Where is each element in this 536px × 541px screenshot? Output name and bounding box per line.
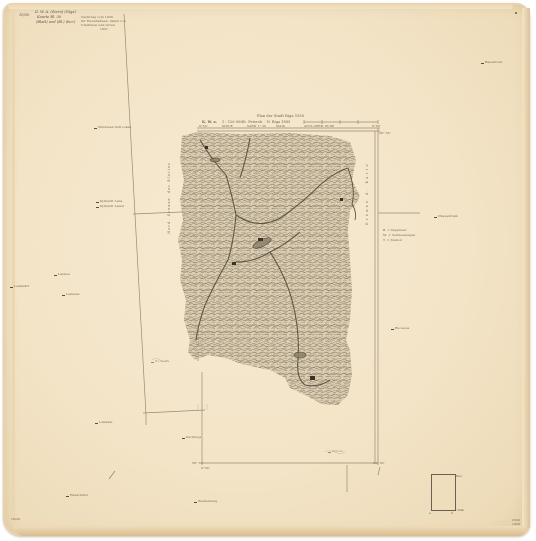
inset-label-bottom-mid: b: [451, 511, 453, 515]
place-label-rucewes: Rucewes: [391, 326, 409, 330]
coord-right-top: 56° 50': [379, 131, 391, 135]
frame-text-5: ANTI-GEBB. PUSE: [304, 124, 334, 128]
place-label-westl-ober: Windsnen Ostrocken: [94, 125, 131, 129]
inset-label-bottom-left: a: [429, 511, 431, 515]
legend-text: = Ingenieur: [387, 228, 406, 232]
left-vertical-text: Nord. Grenze. der Blattes: [167, 162, 171, 234]
place-label-rocksma: Rocksma: [151, 359, 169, 363]
place-marker-icon: [95, 421, 98, 424]
legend-text: = Station: [387, 238, 402, 242]
topographic-map-area: [0, 0, 536, 541]
pencil-mark: [108, 470, 116, 480]
place-label-lainesel: Lainesel: [62, 292, 80, 296]
place-label-weidenberg: Weidenberg: [194, 499, 217, 503]
bottom-right-mark-2: 1920: [512, 522, 520, 526]
place-label-dobeln: Döbeln: [328, 449, 343, 453]
legend-text: = Vermessungen: [388, 233, 415, 237]
place-label-kyllundt-laisel: Kyllundt Laisel: [96, 204, 124, 208]
place-marker-icon: [391, 327, 394, 330]
legend-key: T.: [383, 238, 386, 242]
place-marker-icon: [94, 126, 97, 129]
legend-key: B.: [383, 228, 386, 232]
inset-rectangle: [431, 474, 456, 511]
place-marker-icon: [328, 450, 331, 453]
coord-bottom-right: 56° 30': [373, 461, 385, 465]
corner-dot: [515, 12, 517, 14]
place-label-laidsel: Laidsel: [54, 272, 70, 276]
place-label-chauentrain: Chauentrain: [434, 214, 458, 218]
coord-bottom-left-inner: S°30': [201, 466, 210, 470]
frame-text-2: SINCE: [222, 124, 233, 128]
place-marker-icon: [434, 215, 437, 218]
legend-item: M. = Vermessungen: [383, 233, 415, 237]
inset-label-top-right: Rev.: [456, 474, 463, 478]
frame-text-6: S°50': [372, 124, 381, 128]
right-vertical-text: Grenze d. Karte: [365, 162, 369, 225]
place-marker-icon: [10, 285, 13, 288]
frame-text-1: S°50': [199, 124, 208, 128]
place-marker-icon: [96, 205, 99, 208]
frame-text-3: SARD 1° 30: [247, 124, 266, 128]
legend-item: T. = Station: [383, 238, 415, 242]
place-marker-icon: [151, 360, 154, 363]
place-label-hauschnitz: Hauschnitz: [66, 493, 88, 497]
bottom-left-vertical-text: Ostl. Meridian: [196, 325, 200, 361]
coord-bottom-left-outer: 56° 30': [192, 461, 204, 465]
place-marker-icon: [62, 293, 65, 296]
place-marker-icon: [66, 494, 69, 497]
place-label-lemsalu: Lemsalu: [95, 420, 113, 424]
place-label-kyllundt-leba: Kyllundt Leba: [96, 199, 122, 203]
legend: B. = Ingenieur M. = Vermessungen T. = St…: [383, 228, 415, 242]
place-label-kurzbugs: Kurzbugs: [182, 435, 201, 439]
place-label-rauentruss: Rauentruß: [481, 60, 502, 64]
place-marker-icon: [54, 273, 57, 276]
place-marker-icon: [182, 436, 185, 439]
place-marker-icon: [481, 61, 484, 64]
map-title-line1: Plan der Stadt Riga 1850: [257, 114, 304, 118]
legend-key: M.: [383, 233, 387, 237]
inset-label-bottom-right: 1:84k: [455, 508, 464, 512]
place-marker-icon: [194, 500, 197, 503]
place-label-leniksfort: Lenikskrt: [10, 284, 29, 288]
legend-item: B. = Ingenieur: [383, 228, 415, 232]
frame-text-4: MAIS: [276, 124, 285, 128]
place-marker-icon: [96, 200, 99, 203]
bottom-left-mark: 10/20: [11, 517, 20, 521]
